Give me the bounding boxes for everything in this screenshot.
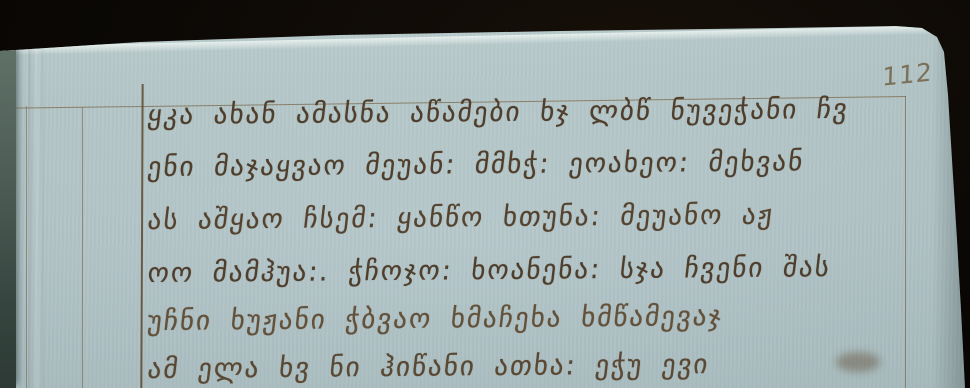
text-margin-line (140, 84, 143, 388)
left-margin-line-inner (82, 107, 83, 388)
right-margin-line (905, 96, 906, 388)
page-crease (28, 46, 44, 388)
scan-backdrop: 112 ყკა ახან ამასნა აწამები ხჯ ლბწ ნუვეჭ… (0, 0, 970, 388)
folio-number: 112 (882, 57, 933, 92)
left-margin-line-outer (26, 106, 27, 388)
handwriting-line: ოო მამჰუა:. ჭჩოჯო: ხოანენა: სჯა ჩვენი შა… (146, 252, 833, 289)
manuscript-page: 112 ყკა ახან ამასნა აწამები ხჯ ლბწ ნუვეჭ… (0, 0, 970, 388)
handwriting-line: ას აშყაო ჩსემ: ყანწო ხთუნა: მეუანო აჟ (146, 200, 776, 236)
handwriting-line: ენი მაჯაყვაო მეუან: მმხჭ: ეოახეო: მეხვან (146, 146, 806, 183)
handwriting-line: ამ ელა ხვ ნი ჰიწანი ათხა: ეჭუ ევი (146, 349, 711, 385)
page-left-edge (0, 42, 16, 388)
handwriting-line: უჩნი ხუჟანი ჭბვაო ხმაჩეხა ხმწამევაჯ (146, 301, 725, 337)
page-right-shadow (932, 26, 970, 388)
ink-stain (836, 352, 880, 372)
page-top-edge (0, 25, 944, 56)
handwriting-line: ყკა ახან ამასნა აწამები ხჯ ლბწ ნუვეჭანი … (146, 94, 851, 131)
